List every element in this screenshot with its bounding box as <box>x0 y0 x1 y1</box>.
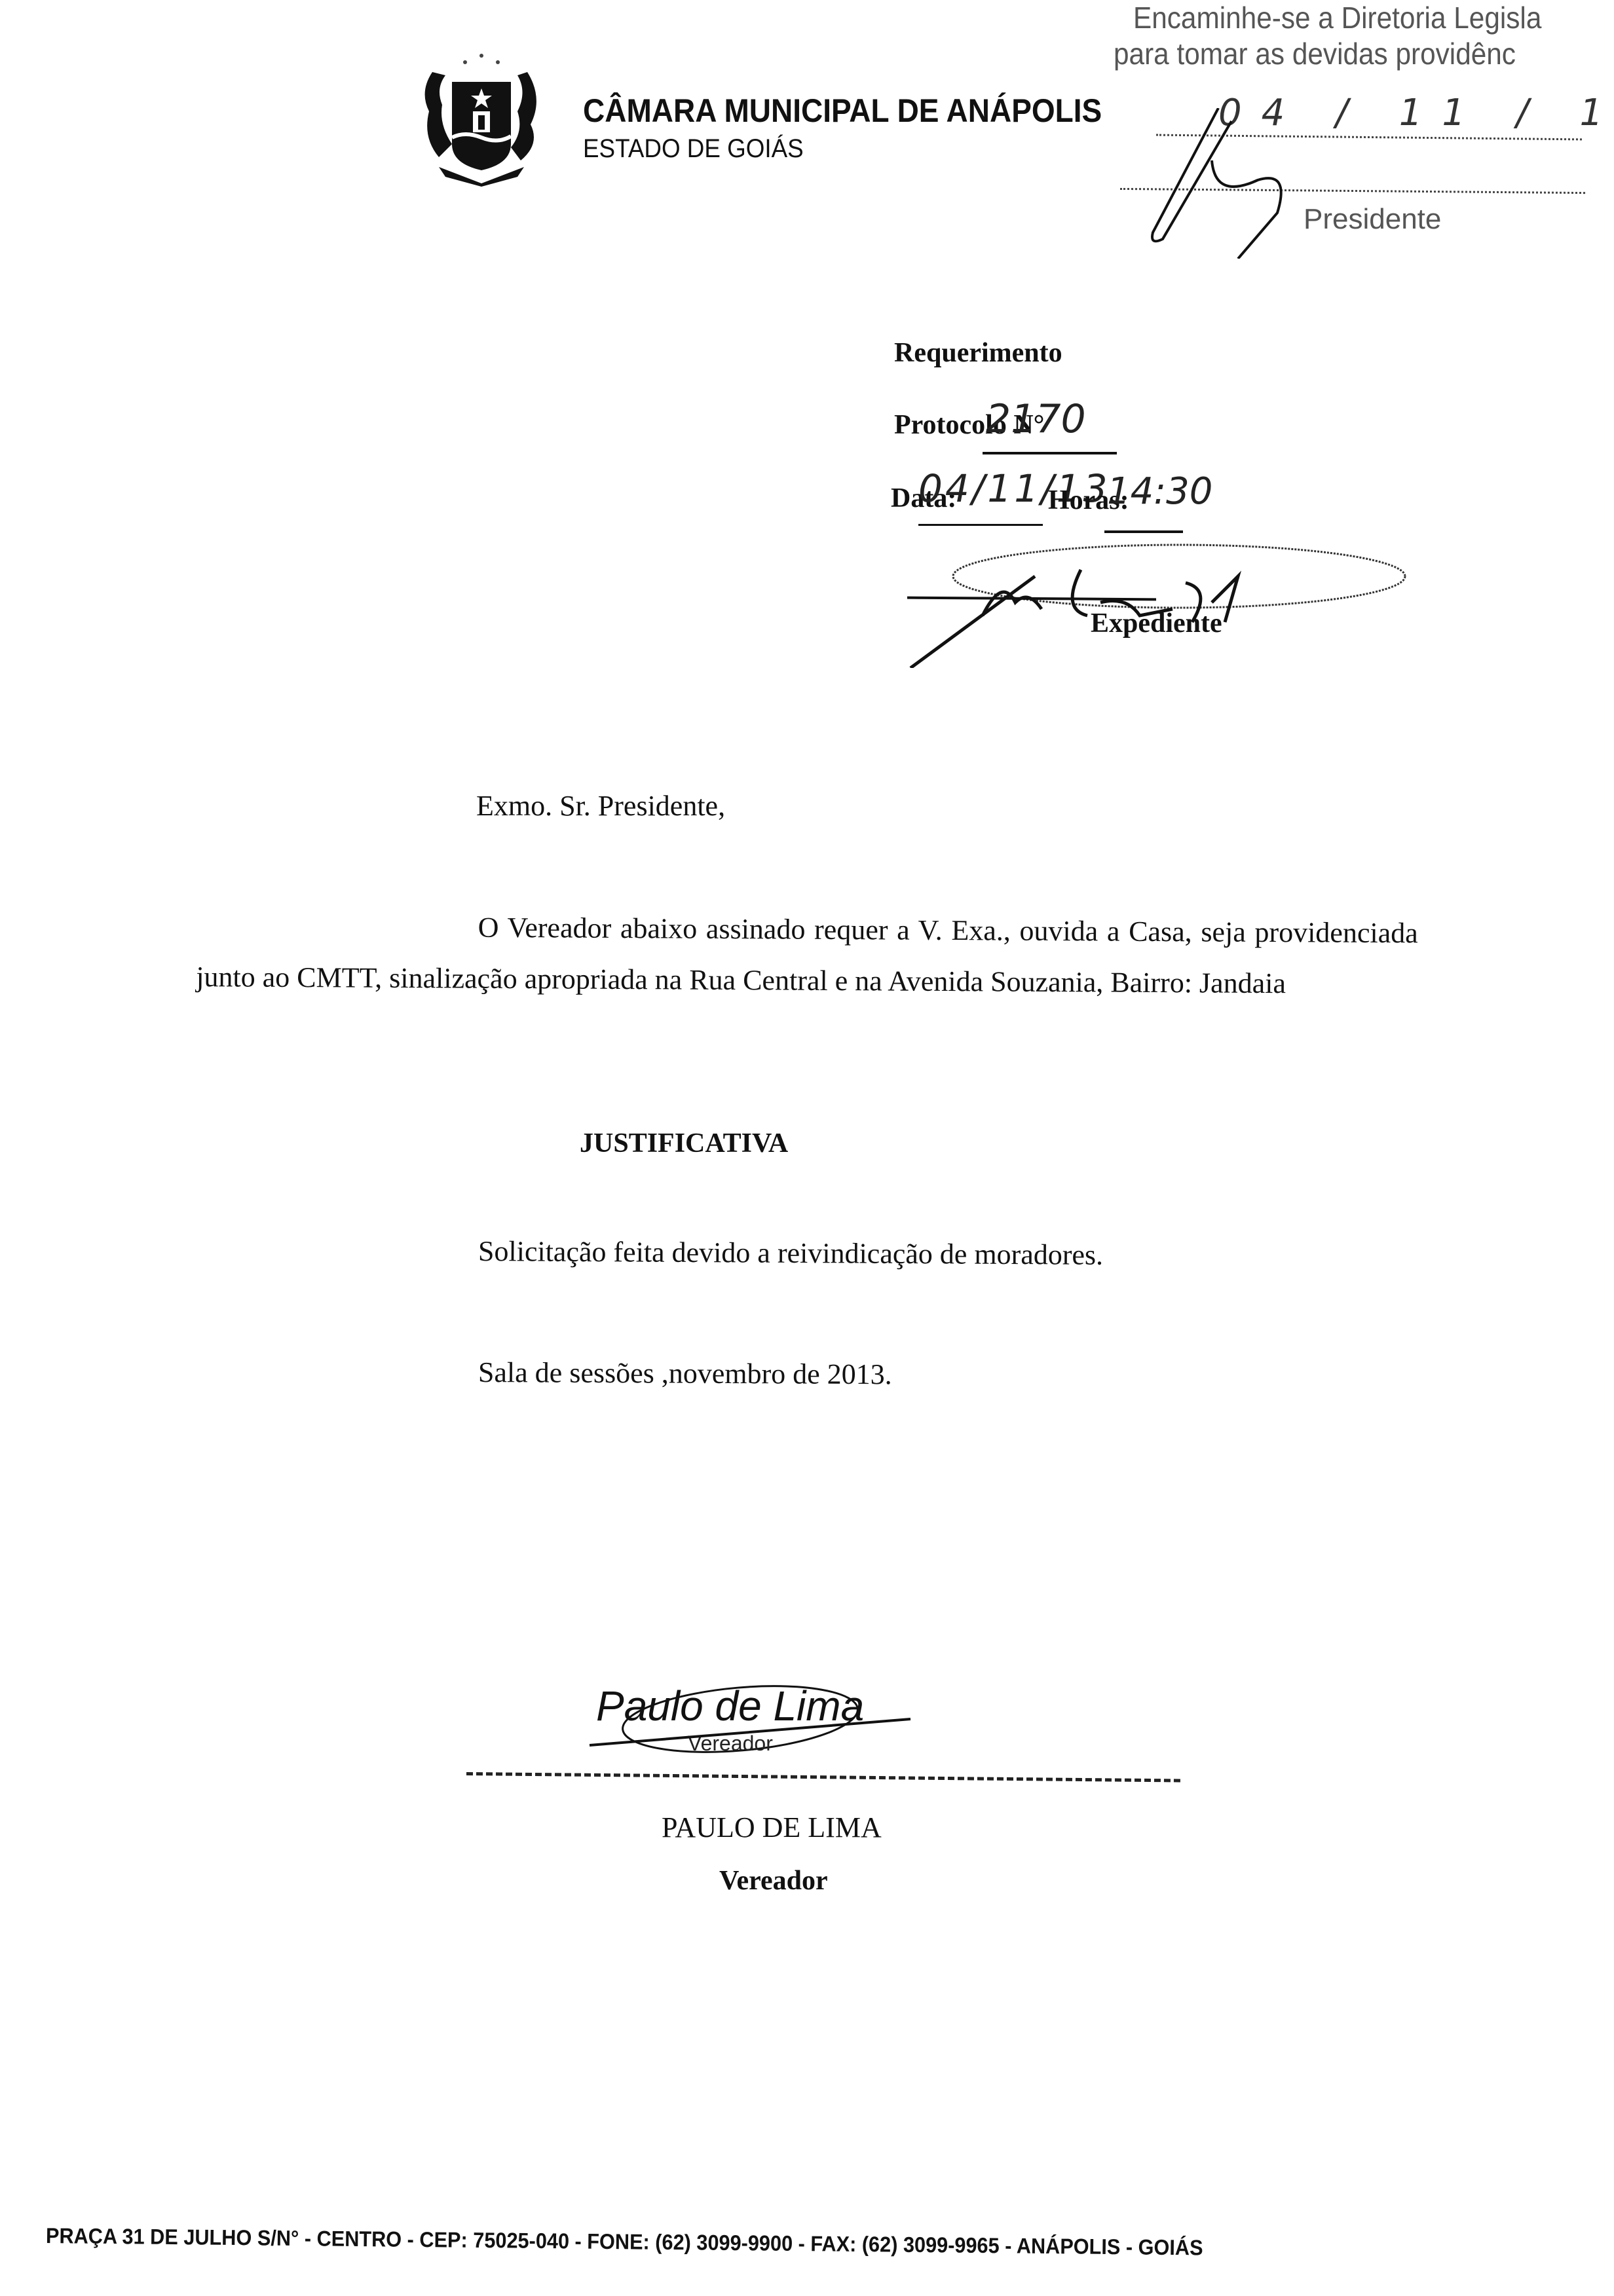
municipal-coat-of-arms-icon <box>413 46 550 190</box>
protocolo-rule <box>983 452 1117 454</box>
justification-text: Solicitação feita devido a reivindicação… <box>478 1234 1103 1272</box>
svg-text:Paulo de Lima: Paulo de Lima <box>596 1682 864 1730</box>
dispatch-stamp-line1: Encaminhe-se a Diretoria Legisla <box>1133 0 1541 35</box>
president-signature-icon <box>1140 108 1356 259</box>
organization-name: CÂMARA MUNICIPAL DE ANÁPOLIS <box>583 92 1102 130</box>
signer-name: PAULO DE LIMA <box>662 1811 882 1844</box>
requerimento-title: Requerimento <box>894 337 1062 369</box>
protocolo-value: 2170 <box>986 396 1086 442</box>
dispatch-stamp-role: Presidente <box>1304 203 1441 236</box>
footer-address: PRAÇA 31 DE JULHO S/N° - CENTRO - CEP: 7… <box>46 2223 1203 2260</box>
request-paragraph: O Vereador abaixo assinado requer a V. E… <box>196 900 1418 1010</box>
signer-role: Vereador <box>719 1865 828 1897</box>
data-rule <box>918 524 1043 526</box>
dispatch-stamp-line2: para tomar as devidas providênc <box>1114 36 1516 71</box>
salutation: Exmo. Sr. Presidente, <box>476 789 725 823</box>
organization-state: ESTADO DE GOIÁS <box>583 134 804 164</box>
horas-value: 14:30 <box>1107 470 1212 513</box>
justification-title: JUSTIFICATIVA <box>580 1128 788 1159</box>
expediente-label: Expediente <box>1091 608 1222 639</box>
councilor-signature-stamp: Paulo de Lima Vereador <box>583 1673 924 1765</box>
expediente-signature-icon <box>904 537 1428 668</box>
horas-rule <box>1104 530 1183 533</box>
signature-line <box>466 1772 1180 1782</box>
closing-line: Sala de sessões ,novembro de 2013. <box>478 1356 892 1391</box>
